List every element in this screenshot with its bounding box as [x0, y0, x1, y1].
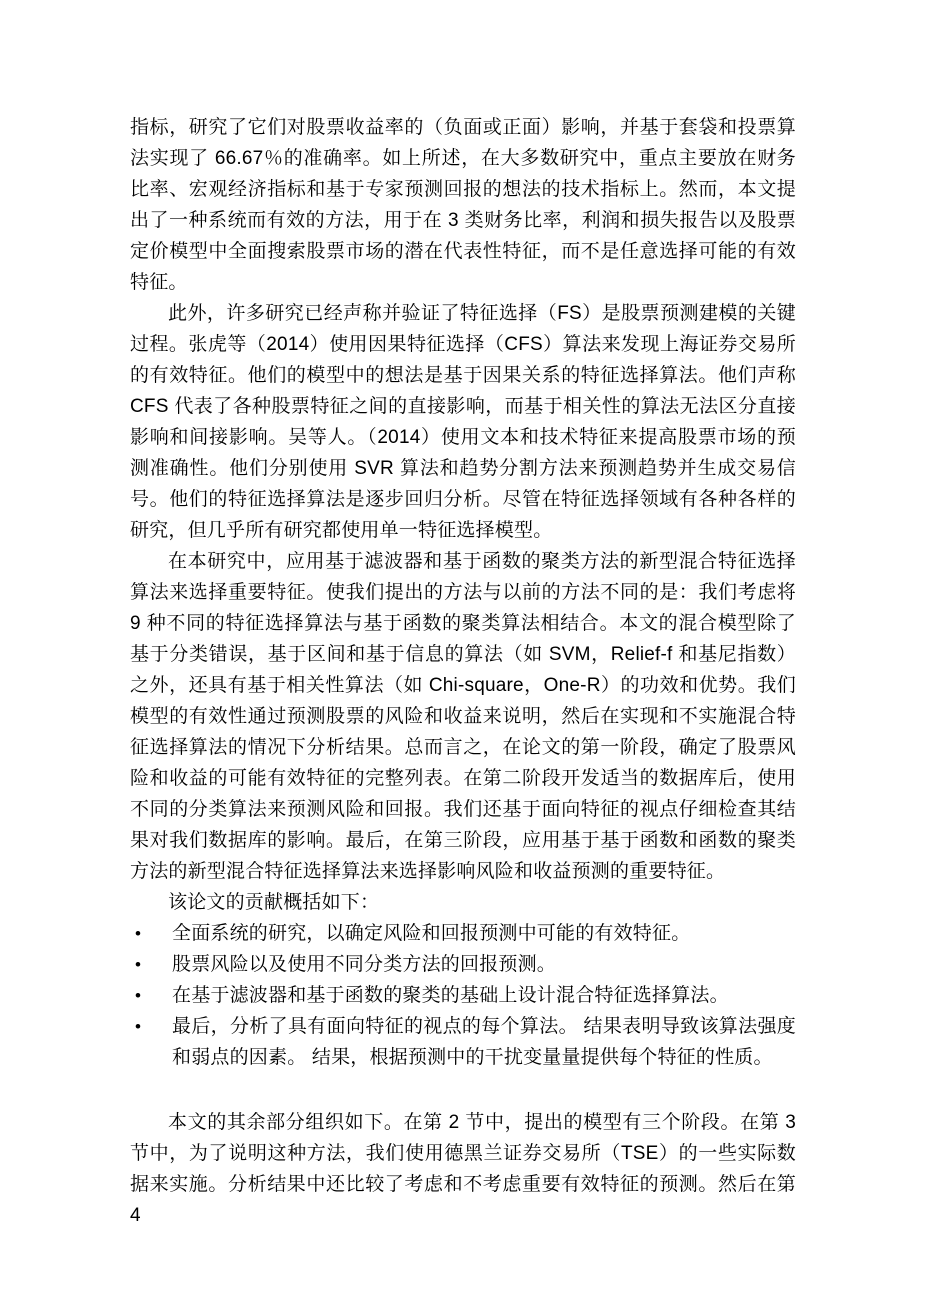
contributions-lead-in: 该论文的贡献概括如下： [130, 887, 796, 918]
contribution-item-2: • 股票风险以及使用不同分类方法的回报预测。 [130, 949, 796, 980]
bullet-marker: • [135, 980, 141, 1011]
paragraph-proposed-method: 在本研究中，应用基于滤波器和基于函数的聚类方法的新型混合特征选择算法来选择重要特… [130, 546, 796, 887]
contribution-text-3: 在基于滤波器和基于函数的聚类的基础上设计混合特征选择算法。 [172, 985, 729, 1006]
contribution-text-4: 最后，分析了具有面向特征的视点的每个算法。 结果表明导致该算法强度和弱点的因素。… [172, 1016, 796, 1068]
paragraph-continuation: 指标，研究了它们对股票收益率的（负面或正面）影响，并基于套袋和投票算法实现了 6… [130, 112, 796, 298]
contribution-item-1: • 全面系统的研究，以确定风险和回报预测中可能的有效特征。 [130, 918, 796, 949]
contribution-text-1: 全面系统的研究，以确定风险和回报预测中可能的有效特征。 [172, 923, 690, 944]
bullet-marker: • [135, 1011, 141, 1042]
closing-paragraph: 本文的其余部分组织如下。在第 2 节中，提出的模型有三个阶段。在第 3 节中，为… [130, 1107, 796, 1231]
document-page: 指标，研究了它们对股票收益率的（负面或正面）影响，并基于套袋和投票算法实现了 6… [0, 0, 926, 1309]
contribution-item-4: • 最后，分析了具有面向特征的视点的每个算法。 结果表明导致该算法强度和弱点的因… [130, 1011, 796, 1073]
bullet-marker: • [135, 918, 141, 949]
contribution-item-3: • 在基于滤波器和基于函数的聚类的基础上设计混合特征选择算法。 [130, 980, 796, 1011]
contribution-list: • 全面系统的研究，以确定风险和回报预测中可能的有效特征。 • 股票风险以及使用… [130, 918, 796, 1073]
bullet-marker: • [135, 949, 141, 980]
document-content: 指标，研究了它们对股票收益率的（负面或正面）影响，并基于套袋和投票算法实现了 6… [130, 112, 796, 1231]
contribution-text-2: 股票风险以及使用不同分类方法的回报预测。 [172, 954, 556, 975]
paragraph-feature-selection-review: 此外，许多研究已经声称并验证了特征选择（FS）是股票预测建模的关键过程。张虎等（… [130, 298, 796, 546]
